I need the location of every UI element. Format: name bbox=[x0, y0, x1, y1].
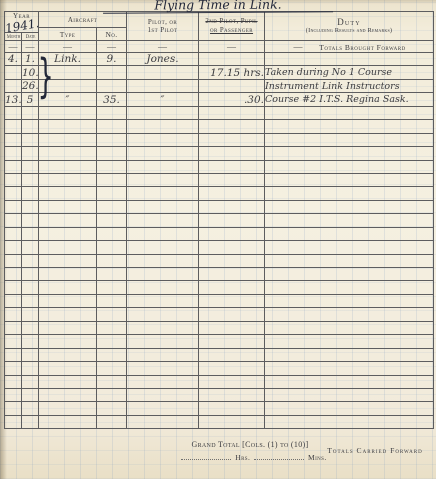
cell-aircraft-no bbox=[97, 227, 127, 240]
table-row bbox=[5, 133, 434, 146]
cell-passenger-time bbox=[199, 200, 265, 213]
cell-aircraft-no bbox=[97, 268, 127, 281]
cell-duty bbox=[265, 348, 434, 361]
cell-pilot: ″ bbox=[127, 93, 199, 106]
cell-passenger-time bbox=[199, 348, 265, 361]
cell-date bbox=[22, 388, 39, 401]
cell-date bbox=[22, 375, 39, 388]
cell-duty bbox=[265, 362, 434, 375]
cell-duty bbox=[265, 268, 434, 281]
cell-date bbox=[22, 227, 39, 240]
cell-pilot bbox=[127, 348, 199, 361]
cell-duty: Course #2 I.T.S. Regina Sask. bbox=[265, 93, 434, 106]
cell-aircraft-type bbox=[39, 268, 97, 281]
cell-passenger-time bbox=[199, 160, 265, 173]
cell-duty bbox=[265, 241, 434, 254]
cell-aircraft-type bbox=[39, 348, 97, 361]
cell-month bbox=[5, 227, 22, 240]
cell-duty bbox=[265, 308, 434, 321]
cell-pilot: Jones. bbox=[127, 53, 199, 66]
cell-passenger-time bbox=[199, 120, 265, 133]
totals-dash-pilot: — bbox=[127, 41, 199, 53]
cell-aircraft-no bbox=[97, 362, 127, 375]
cell-date bbox=[22, 160, 39, 173]
table-row bbox=[5, 106, 434, 119]
cell-pilot bbox=[127, 214, 199, 227]
cell-aircraft-type bbox=[39, 294, 97, 307]
cell-duty bbox=[265, 160, 434, 173]
cell-duty bbox=[265, 254, 434, 267]
cell-duty bbox=[265, 214, 434, 227]
cell-aircraft-no bbox=[97, 321, 127, 334]
cell-aircraft-type bbox=[39, 415, 97, 428]
cell-date bbox=[22, 173, 39, 186]
cell-month bbox=[5, 402, 22, 415]
pilot-header-line2: 1st Pilot bbox=[127, 26, 198, 35]
cell-month bbox=[5, 268, 22, 281]
cell-duty bbox=[265, 415, 434, 428]
cell-date: 10. bbox=[22, 66, 39, 79]
cell-pilot bbox=[127, 362, 199, 375]
totals-dash-month: — bbox=[5, 41, 22, 53]
cell-month bbox=[5, 294, 22, 307]
table-row bbox=[5, 200, 434, 213]
totals-dash-passenger: — bbox=[199, 41, 265, 53]
cell-aircraft-no: 9. bbox=[97, 53, 127, 66]
cell-pilot bbox=[127, 160, 199, 173]
cell-aircraft-no bbox=[97, 388, 127, 401]
cell-month bbox=[5, 348, 22, 361]
cell-month bbox=[5, 362, 22, 375]
cell-aircraft-type bbox=[39, 160, 97, 173]
year-header-cell: Year 1941. bbox=[5, 12, 39, 33]
cell-pilot bbox=[127, 227, 199, 240]
cell-month bbox=[5, 214, 22, 227]
cell-passenger-time bbox=[199, 53, 265, 66]
totals-carried-forward-label: Totals Carried Forward bbox=[318, 446, 432, 455]
totals-dash-duty: — bbox=[279, 42, 317, 52]
cell-passenger-time bbox=[199, 187, 265, 200]
cell-passenger-time bbox=[199, 173, 265, 186]
cell-pilot bbox=[127, 281, 199, 294]
cell-date: 1. bbox=[22, 53, 39, 66]
cell-month: 13. bbox=[5, 93, 22, 106]
table-row bbox=[5, 254, 434, 267]
cell-month bbox=[5, 79, 22, 92]
table-row bbox=[5, 388, 434, 401]
cell-aircraft-type bbox=[39, 133, 97, 146]
cell-passenger-time bbox=[199, 308, 265, 321]
cell-duty bbox=[265, 227, 434, 240]
cell-aircraft-type bbox=[39, 241, 97, 254]
table-row bbox=[5, 214, 434, 227]
logbook-table: Year 1941. Aircraft Pilot, or 1st Pilot … bbox=[4, 11, 434, 429]
cell-duty bbox=[265, 147, 434, 160]
cell-aircraft-no bbox=[97, 335, 127, 348]
cell-duty: Taken during No 1 Course bbox=[265, 66, 434, 79]
cell-aircraft-no bbox=[97, 200, 127, 213]
month-header: Month bbox=[6, 33, 20, 41]
cell-aircraft-type bbox=[39, 173, 97, 186]
cell-date bbox=[22, 362, 39, 375]
cell-month bbox=[5, 147, 22, 160]
date-header: Date bbox=[23, 33, 37, 41]
cell-passenger-time bbox=[199, 294, 265, 307]
table-row bbox=[5, 415, 434, 428]
duty-label: Duty bbox=[265, 17, 433, 27]
cell-date bbox=[22, 402, 39, 415]
cell-aircraft-no bbox=[97, 160, 127, 173]
totals-brought-forward-cell: — Totals Brought Forward bbox=[265, 41, 434, 53]
cell-aircraft-no bbox=[97, 308, 127, 321]
cell-aircraft-type bbox=[39, 362, 97, 375]
cell-month bbox=[5, 375, 22, 388]
hrs-label: Hrs. bbox=[235, 453, 250, 462]
cell-date bbox=[22, 348, 39, 361]
table-row bbox=[5, 187, 434, 200]
cell-passenger-time bbox=[199, 254, 265, 267]
cell-date bbox=[22, 147, 39, 160]
cell-aircraft-type bbox=[39, 321, 97, 334]
cell-date bbox=[22, 106, 39, 119]
table-row bbox=[5, 120, 434, 133]
cell-duty bbox=[265, 187, 434, 200]
cell-month: 4. bbox=[5, 53, 22, 66]
cell-aircraft-type bbox=[39, 375, 97, 388]
cell-month bbox=[5, 321, 22, 334]
cell-date bbox=[22, 133, 39, 146]
cell-aircraft-no bbox=[97, 187, 127, 200]
cell-duty bbox=[265, 200, 434, 213]
cell-pilot bbox=[127, 241, 199, 254]
cell-date: 5 bbox=[22, 93, 39, 106]
cell-aircraft-type bbox=[39, 187, 97, 200]
or-passenger-label: or Passenger bbox=[199, 26, 264, 35]
cell-month bbox=[5, 415, 22, 428]
pilot-header: Pilot, or 1st Pilot bbox=[127, 12, 199, 41]
cell-aircraft-no bbox=[97, 348, 127, 361]
no-header: No. bbox=[97, 28, 127, 41]
cell-aircraft-type bbox=[39, 120, 97, 133]
cell-duty bbox=[265, 321, 434, 334]
totals-dash-no: — bbox=[97, 41, 127, 53]
table-row: 26. Instrument Link Instructors bbox=[5, 79, 434, 92]
cell-month bbox=[5, 120, 22, 133]
cell-month bbox=[5, 160, 22, 173]
table-row bbox=[5, 241, 434, 254]
cell-month bbox=[5, 187, 22, 200]
table-row: 4. 1. Link. 9. Jones. bbox=[5, 53, 434, 66]
table-row bbox=[5, 294, 434, 307]
table-row bbox=[5, 402, 434, 415]
table-row bbox=[5, 227, 434, 240]
cell-date bbox=[22, 187, 39, 200]
hrs-dotted-leader bbox=[181, 452, 231, 460]
table-row bbox=[5, 362, 434, 375]
cell-aircraft-no bbox=[97, 79, 127, 92]
cell-date bbox=[22, 281, 39, 294]
cell-duty bbox=[265, 388, 434, 401]
cell-duty bbox=[265, 281, 434, 294]
cell-aircraft-type bbox=[39, 335, 97, 348]
cell-pilot bbox=[127, 173, 199, 186]
cell-aircraft-no: 35. bbox=[97, 93, 127, 106]
cell-pilot bbox=[127, 133, 199, 146]
totals-brought-forward-label: Totals Brought Forward bbox=[319, 43, 405, 52]
aircraft-header: Aircraft bbox=[39, 12, 127, 28]
cell-date bbox=[22, 415, 39, 428]
cell-pilot bbox=[127, 187, 199, 200]
cell-pilot bbox=[127, 388, 199, 401]
page-title: Flying Time in Link. bbox=[103, 0, 333, 14]
table-row bbox=[5, 160, 434, 173]
cell-aircraft-no bbox=[97, 375, 127, 388]
table-row bbox=[5, 173, 434, 186]
cell-aircraft-no bbox=[97, 415, 127, 428]
cell-month bbox=[5, 173, 22, 186]
second-pilot-header: 2nd Pilot, Pupil or Passenger bbox=[199, 12, 265, 41]
table-row bbox=[5, 321, 434, 334]
cell-aircraft-type bbox=[39, 214, 97, 227]
cell-aircraft-type bbox=[39, 200, 97, 213]
cell-date bbox=[22, 214, 39, 227]
cell-month bbox=[5, 133, 22, 146]
cell-aircraft-no bbox=[97, 294, 127, 307]
cell-passenger-time: .30. bbox=[199, 93, 265, 106]
cell-pilot bbox=[127, 66, 199, 79]
cell-duty bbox=[265, 106, 434, 119]
duty-header: Duty (Including Results and Remarks) bbox=[265, 12, 434, 41]
pilot-header-line1: Pilot, or bbox=[127, 18, 198, 27]
cell-aircraft-type bbox=[39, 147, 97, 160]
cell-duty bbox=[265, 120, 434, 133]
handwritten-brace-mark: } bbox=[38, 53, 54, 99]
totals-dash-date: — bbox=[22, 41, 39, 53]
cell-date bbox=[22, 200, 39, 213]
cell-pilot bbox=[127, 415, 199, 428]
cell-pilot bbox=[127, 268, 199, 281]
cell-passenger-time bbox=[199, 362, 265, 375]
type-header: Type bbox=[39, 28, 97, 41]
duty-sublabel: (Including Results and Remarks) bbox=[265, 27, 433, 35]
cell-date bbox=[22, 241, 39, 254]
cell-pilot bbox=[127, 200, 199, 213]
cell-pilot bbox=[127, 402, 199, 415]
cell-pilot bbox=[127, 321, 199, 334]
second-pilot-struck-label: 2nd Pilot, Pupil bbox=[199, 17, 264, 26]
cell-aircraft-no bbox=[97, 120, 127, 133]
cell-duty bbox=[265, 133, 434, 146]
cell-passenger-time bbox=[199, 268, 265, 281]
mins-dotted-leader bbox=[254, 452, 304, 460]
cell-aircraft-no bbox=[97, 147, 127, 160]
table-row: 10. 17.15 hrs. Taken during No 1 Course bbox=[5, 66, 434, 79]
table-row bbox=[5, 147, 434, 160]
cell-aircraft-no bbox=[97, 214, 127, 227]
table-row bbox=[5, 268, 434, 281]
cell-aircraft-type bbox=[39, 254, 97, 267]
cell-duty bbox=[265, 173, 434, 186]
cell-duty bbox=[265, 294, 434, 307]
cell-aircraft-type bbox=[39, 308, 97, 321]
cell-duty bbox=[265, 53, 434, 66]
cell-aircraft-no bbox=[97, 173, 127, 186]
cell-passenger-time bbox=[199, 227, 265, 240]
cell-aircraft-no bbox=[97, 281, 127, 294]
cell-pilot bbox=[127, 147, 199, 160]
table-row bbox=[5, 308, 434, 321]
cell-date: 26. bbox=[22, 79, 39, 92]
cell-date bbox=[22, 120, 39, 133]
cell-passenger-time bbox=[199, 388, 265, 401]
cell-passenger-time bbox=[199, 147, 265, 160]
cell-duty: Instrument Link Instructors bbox=[265, 79, 434, 92]
cell-passenger-time: 17.15 hrs. bbox=[199, 66, 265, 79]
cell-pilot bbox=[127, 106, 199, 119]
cell-date bbox=[22, 268, 39, 281]
cell-aircraft-type bbox=[39, 106, 97, 119]
cell-aircraft-type bbox=[39, 388, 97, 401]
cell-duty bbox=[265, 335, 434, 348]
cell-passenger-time bbox=[199, 241, 265, 254]
cell-duty bbox=[265, 375, 434, 388]
cell-month bbox=[5, 106, 22, 119]
cell-month bbox=[5, 281, 22, 294]
cell-aircraft-no bbox=[97, 241, 127, 254]
cell-date bbox=[22, 321, 39, 334]
cell-aircraft-no bbox=[97, 133, 127, 146]
cell-passenger-time bbox=[199, 106, 265, 119]
cell-aircraft-no bbox=[97, 66, 127, 79]
cell-passenger-time bbox=[199, 79, 265, 92]
cell-pilot bbox=[127, 294, 199, 307]
cell-duty bbox=[265, 402, 434, 415]
cell-pilot bbox=[127, 120, 199, 133]
cell-passenger-time bbox=[199, 281, 265, 294]
log-rows: 4. 1. Link. 9. Jones. 10. 17.15 hrs. Tak… bbox=[5, 53, 434, 429]
cell-aircraft-no bbox=[97, 106, 127, 119]
cell-pilot bbox=[127, 375, 199, 388]
cell-pilot bbox=[127, 254, 199, 267]
cell-month bbox=[5, 254, 22, 267]
cell-month bbox=[5, 66, 22, 79]
cell-passenger-time bbox=[199, 335, 265, 348]
cell-month bbox=[5, 388, 22, 401]
cell-aircraft-type bbox=[39, 227, 97, 240]
cell-month bbox=[5, 335, 22, 348]
table-row bbox=[5, 281, 434, 294]
table-row bbox=[5, 375, 434, 388]
cell-aircraft-type bbox=[39, 402, 97, 415]
cell-date bbox=[22, 335, 39, 348]
cell-aircraft-type bbox=[39, 281, 97, 294]
cell-month bbox=[5, 200, 22, 213]
cell-aircraft-no bbox=[97, 254, 127, 267]
cell-pilot bbox=[127, 335, 199, 348]
table-row bbox=[5, 335, 434, 348]
cell-date bbox=[22, 254, 39, 267]
table-row: 13. 5 ″ 35. ″ .30. Course #2 I.T.S. Regi… bbox=[5, 93, 434, 106]
cell-date bbox=[22, 308, 39, 321]
cell-month bbox=[5, 241, 22, 254]
cell-passenger-time bbox=[199, 321, 265, 334]
cell-month bbox=[5, 308, 22, 321]
cell-aircraft-no bbox=[97, 402, 127, 415]
cell-passenger-time bbox=[199, 214, 265, 227]
cell-pilot bbox=[127, 79, 199, 92]
cell-passenger-time bbox=[199, 402, 265, 415]
cell-date bbox=[22, 294, 39, 307]
cell-pilot bbox=[127, 308, 199, 321]
totals-brought-forward-row: — — — — — — — Totals Brought Forward bbox=[5, 41, 434, 53]
table-row bbox=[5, 348, 434, 361]
cell-passenger-time bbox=[199, 375, 265, 388]
cell-passenger-time bbox=[199, 133, 265, 146]
cell-passenger-time bbox=[199, 415, 265, 428]
